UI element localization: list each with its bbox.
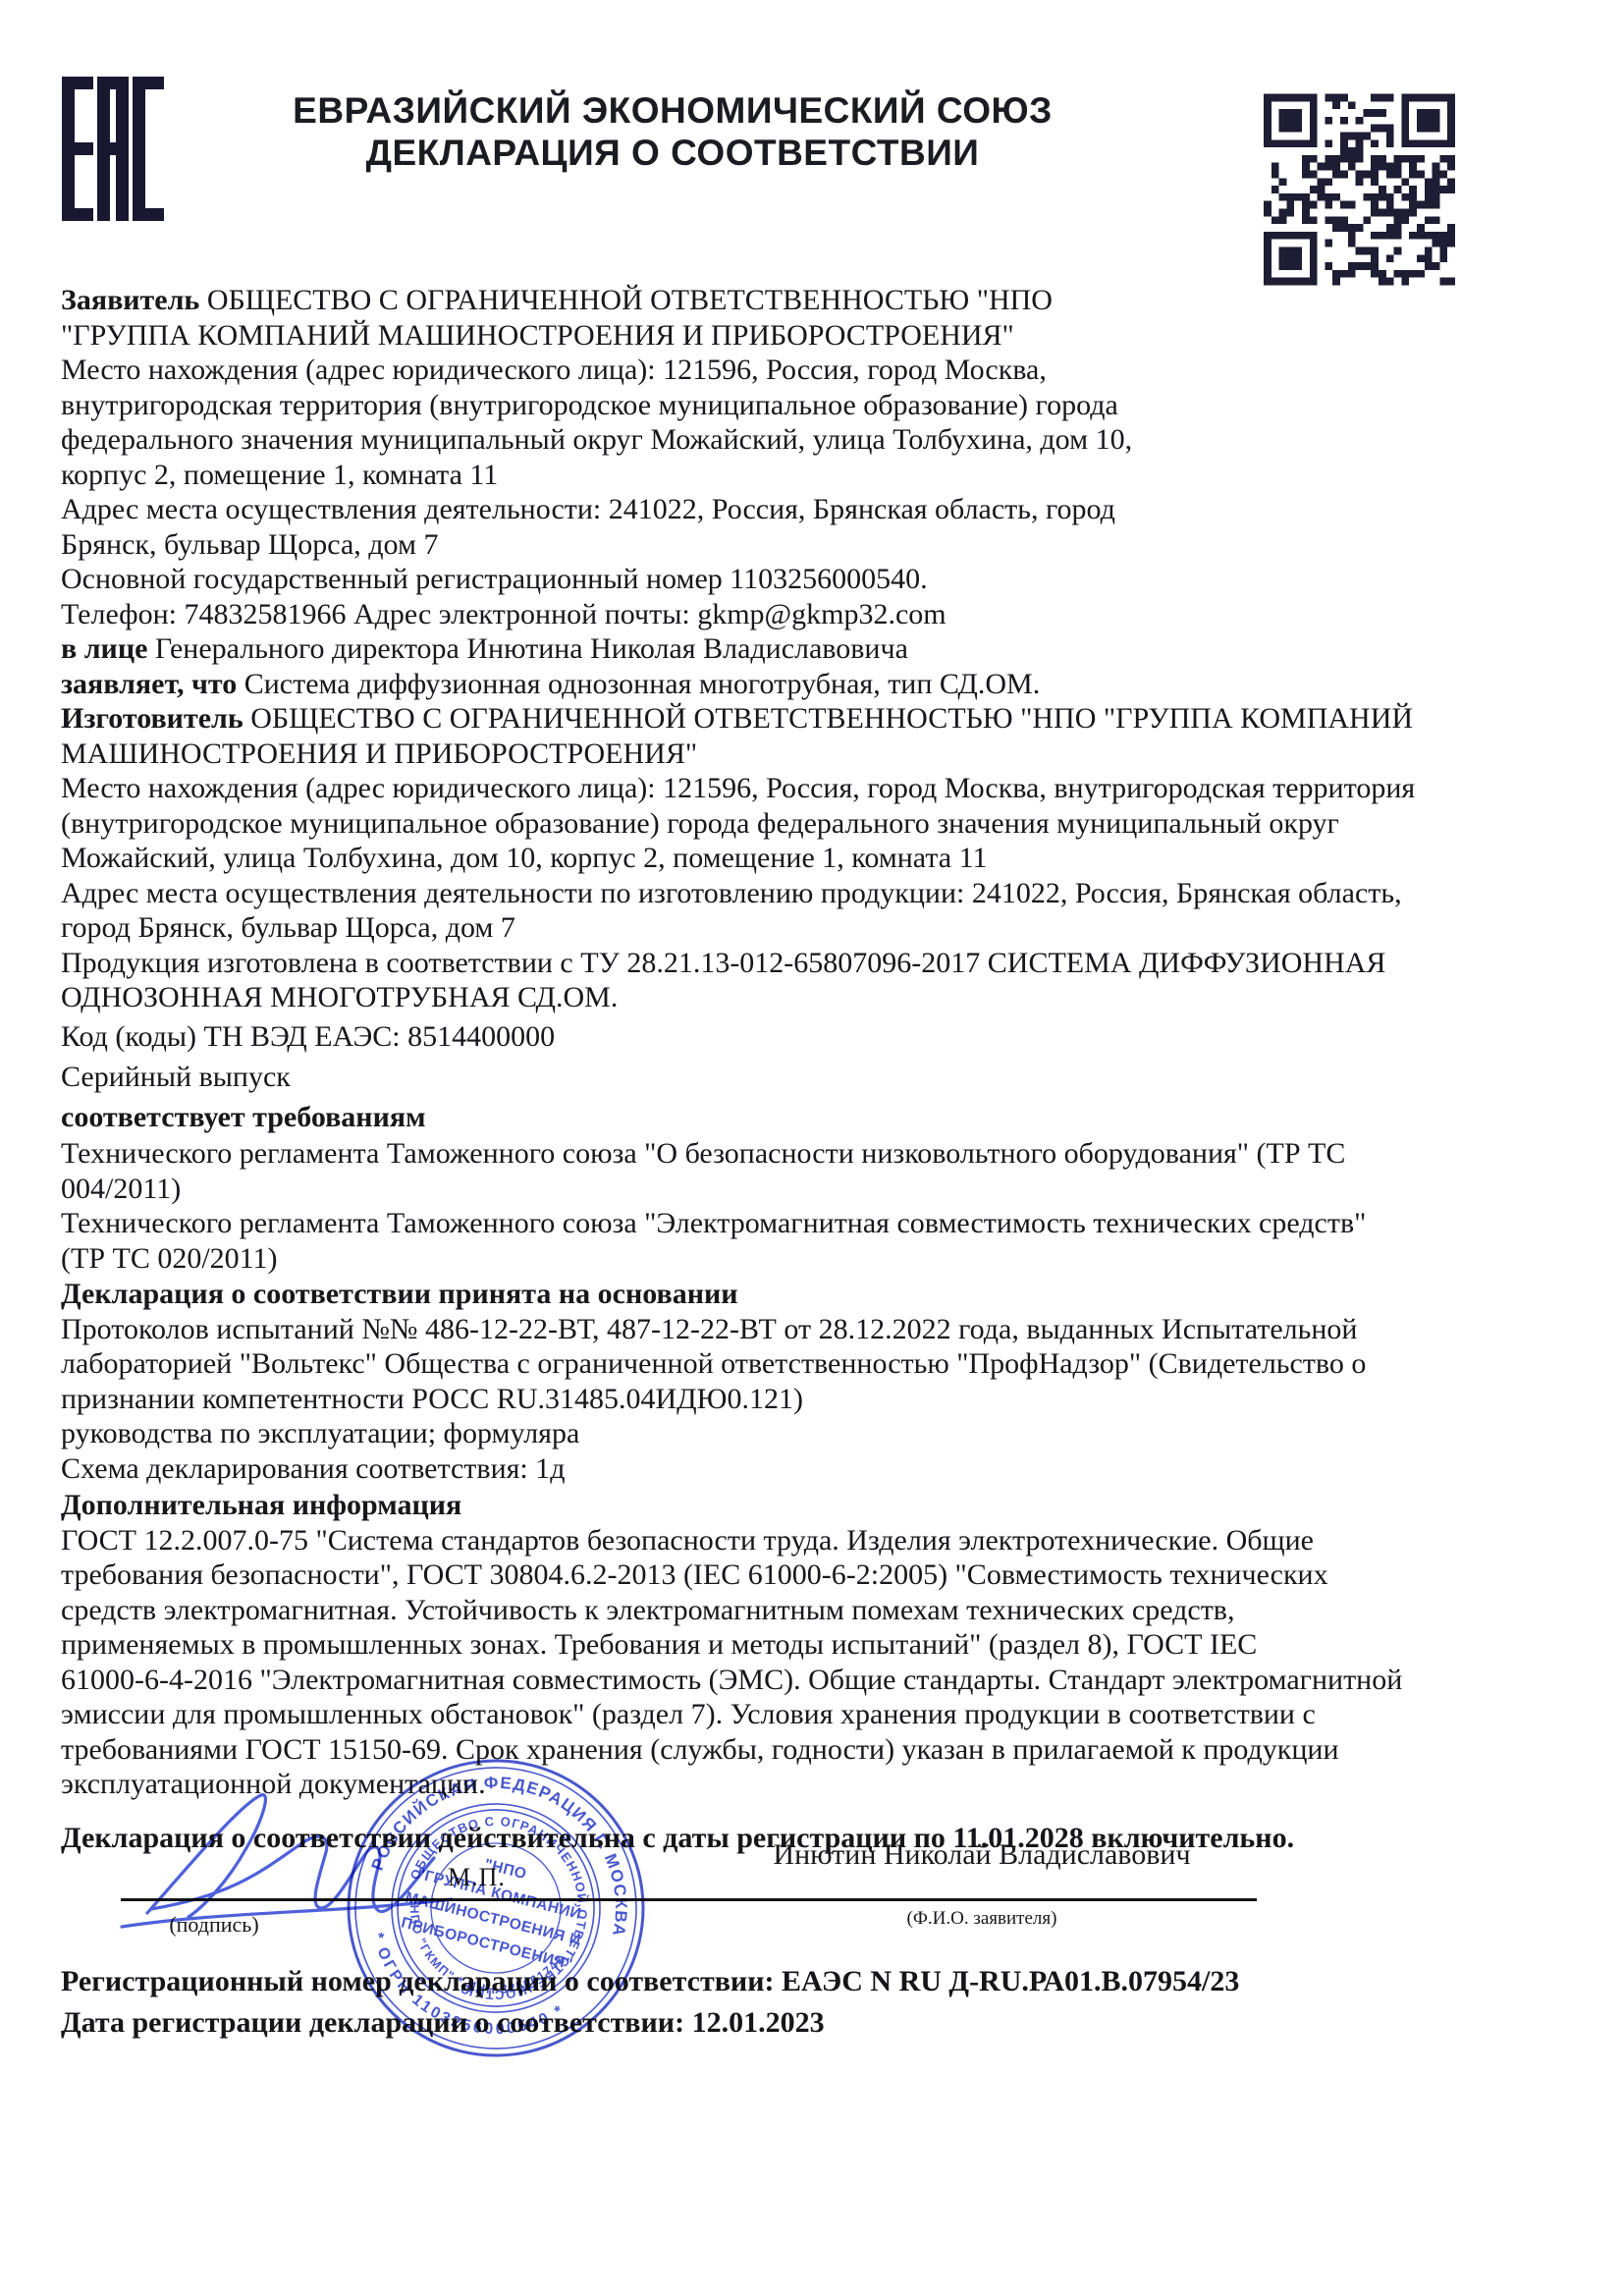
body-line: признании компетентности РОСС RU.31485.0… [61,1382,1593,1417]
text-block: Код (коды) ТН ВЭД ЕАЭС: 8514400000 [61,1019,1593,1055]
body-line: Код (коды) ТН ВЭД ЕАЭС: 8514400000 [61,1019,1593,1055]
body-line: Можайский, улица Толбухина, дом 10, корп… [61,841,1593,876]
eac-logo-shapes [62,77,164,221]
body-line: город Брянск, бульвар Щорса, дом 7 [61,910,1593,946]
body-line: Дополнительная информация [61,1488,1593,1523]
body-line: в лице Генерального директора Инютина Ни… [61,631,1593,667]
body-line: внутригородская территория (внутригородс… [61,388,1593,423]
body-line: ГОСТ 12.2.007.0-75 "Система стандартов б… [61,1523,1593,1558]
body-line: заявляет, что Система диффузионная одноз… [61,667,1593,702]
text-block: соответствует требованиям [61,1100,1593,1135]
body-line: Телефон: 74832581966 Адрес электронной п… [61,597,1593,632]
body-line: МАШИНОСТРОЕНИЯ И ПРИБОРОСТРОЕНИЯ" [61,737,1593,772]
body-line: Изготовитель ОБЩЕСТВО С ОГРАНИЧЕННОЙ ОТВ… [61,701,1593,737]
body-line: Брянск, бульвар Щорса, дом 7 [61,527,1593,563]
qr-modules [1264,94,1455,286]
body-line: руководства по эксплуатации; формуляра [61,1416,1593,1451]
body-line: Декларация о соответствии принята на осн… [61,1277,1593,1312]
text-block: Заявитель ОБЩЕСТВО С ОГРАНИЧЕННОЙ ОТВЕТС… [61,283,1593,1015]
body-line: средств электромагнитная. Устойчивость к… [61,1593,1593,1628]
body-line: Место нахождения (адрес юридического лиц… [61,771,1593,806]
company-stamp: РОССИЙСКАЯ ФЕДЕРАЦИЯ Г. МОСКВА * ОГРН 11… [260,1672,731,2144]
body-line: корпус 2, помещение 1, комната 11 [61,458,1593,493]
qr-code [1264,91,1455,288]
body-line: (внутригородское муниципальное образован… [61,806,1593,842]
body-line: (ТР ТС 020/2011) [61,1241,1593,1277]
body-line: лабораторией "Вольтекс" Общества с огран… [61,1346,1593,1382]
body-line: ОДНОЗОННАЯ МНОГОТРУБНАЯ СД.ОМ. [61,980,1593,1015]
body-line: Адрес места осуществления деятельности: … [61,492,1593,527]
body-line: Схема декларирования соответствия: 1д [61,1451,1593,1487]
body-line: соответствует требованиям [61,1100,1593,1135]
body-line: Адрес места осуществления деятельности п… [61,876,1593,911]
text-block: Технического регламента Таможенного союз… [61,1136,1593,1276]
body-line: федерального значения муниципальный окру… [61,422,1593,458]
body-line: требования безопасности", ГОСТ 30804.6.2… [61,1558,1593,1593]
svg-text:"НПО: "НПО [483,1856,529,1883]
body-line: Технического регламента Таможенного союз… [61,1206,1593,1241]
body-line: Основной государственный регистрационный… [61,562,1593,597]
body-line: Заявитель ОБЩЕСТВО С ОГРАНИЧЕННОЙ ОТВЕТС… [61,283,1593,318]
applicant-name: Инютин Николай Владиславович [687,1838,1276,1872]
body-line: применяемых в промышленных зонах. Требов… [61,1627,1593,1663]
body-line: "ГРУППА КОМПАНИЙ МАШИНОСТРОЕНИЯ И ПРИБОР… [61,318,1593,354]
body-line: 004/2011) [61,1172,1593,1207]
document-title: ЕВРАЗИЙСКИЙ ЭКОНОМИЧЕСКИЙ СОЮЗ ДЕКЛАРАЦИ… [260,89,1085,174]
title-line-1: ЕВРАЗИЙСКИЙ ЭКОНОМИЧЕСКИЙ СОЮЗ [260,89,1085,132]
text-block: Серийный выпуск [61,1060,1593,1095]
text-block: Декларация о соответствии принята на осн… [61,1277,1593,1486]
declaration-document: ЕВРАЗИЙСКИЙ ЭКОНОМИЧЕСКИЙ СОЮЗ ДЕКЛАРАЦИ… [0,0,1623,2296]
body-line: Продукция изготовлена в соответствии с Т… [61,946,1593,981]
body-line: Протоколов испытаний №№ 486-12-22-ВТ, 48… [61,1312,1593,1347]
title-line-2: ДЕКЛАРАЦИЯ О СООТВЕТСТВИИ [260,132,1085,174]
body-line: Серийный выпуск [61,1060,1593,1095]
body-line: Место нахождения (адрес юридического лиц… [61,353,1593,388]
applicant-name-caption: (Ф.И.О. заявителя) [835,1908,1129,1930]
eac-logo [62,77,164,221]
body-line: Технического регламента Таможенного союз… [61,1136,1593,1172]
